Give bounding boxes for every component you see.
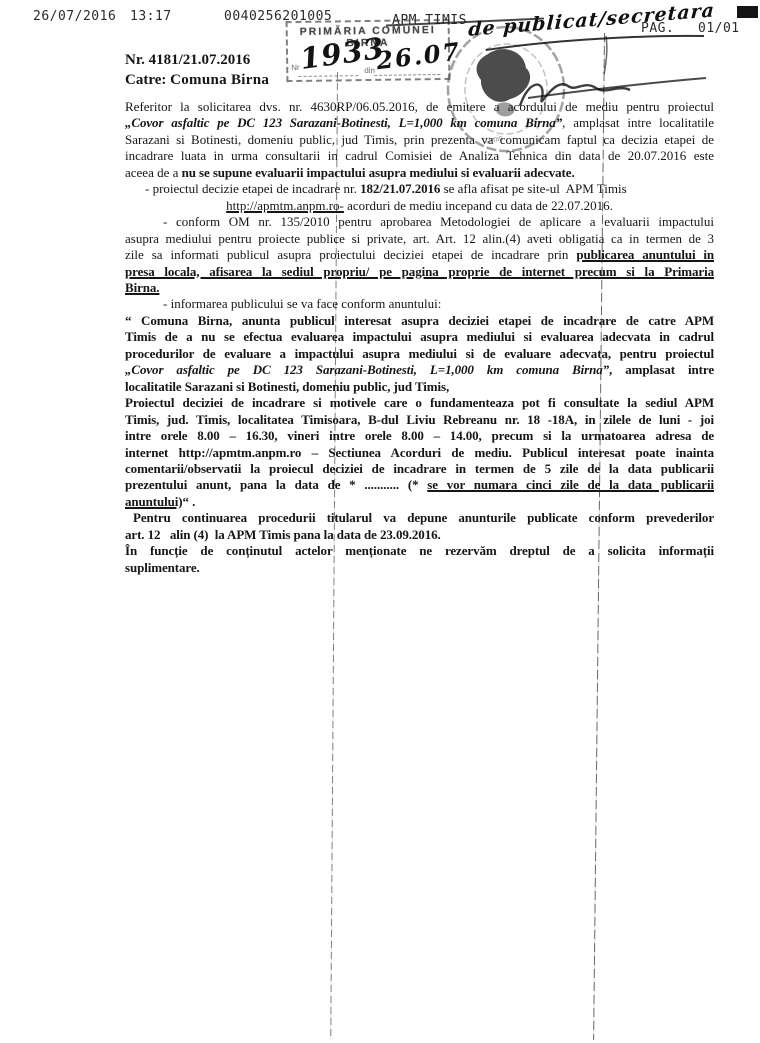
- body-line: - proiectul decizie etapei de incadrare …: [125, 181, 714, 197]
- fax-date: 26/07/2016: [33, 9, 116, 24]
- body-line: „Covor asfaltic pe DC 123 Sarazani-Botin…: [125, 115, 714, 131]
- body-line: „Covor asfaltic pe DC 123 Sarazani-Botin…: [125, 362, 714, 378]
- stamp-din-label: din: [364, 66, 375, 75]
- body-line: presa locala, afisarea la sediul propriu…: [125, 264, 714, 280]
- body-line: http://apmtm.anpm.ro- acorduri de mediu …: [125, 198, 714, 214]
- letter-to-value: Comuna Birna: [170, 72, 269, 88]
- body-line: asupra mediului pentru proiecte publice …: [125, 231, 714, 247]
- body-line: Timis, jud. Timis, localitatea Timisoara…: [125, 412, 714, 428]
- body-line: - informarea publicului se va face confo…: [125, 296, 714, 312]
- body-line: - conform OM nr. 135/2010 pentru aprobar…: [125, 214, 714, 230]
- fax-page: 26/07/2016 13:17 0040256201005 APM TIMIS…: [0, 0, 760, 1043]
- body-line: Proiectul deciziei de incadrare si motiv…: [125, 395, 714, 411]
- body-line: Birna.: [125, 280, 714, 296]
- letter-number: Nr. 4181/21.07.2016: [125, 52, 250, 69]
- body-line: intre orele 8.00 – 16.30, vineri intre o…: [125, 428, 714, 444]
- primaria-stamp: PRIMĂRIA COMUNEI BIRNA Nr 1933 din 26.07: [286, 19, 451, 82]
- body-line: procedurilor de evaluare a impactului as…: [125, 346, 714, 362]
- body-line: prezentului anunt, pana la data de * ...…: [125, 477, 714, 493]
- body-line: anuntului)“ .: [125, 494, 714, 510]
- body-line: localitatile Sarazani si Botinesti, dome…: [125, 379, 714, 395]
- letter-to: Catre: Comuna Birna: [125, 72, 269, 89]
- body-line: suplimentare.: [125, 560, 714, 576]
- stamp-nr-label: Nr: [291, 63, 300, 72]
- body-line: Pentru continuarea procedurii titularul …: [125, 510, 714, 526]
- document-body: Referitor la solicitarea dvs. nr. 4630RP…: [125, 99, 714, 576]
- body-line: zile sa informati publicul asupra proiec…: [125, 247, 714, 263]
- body-line: aceea de a nu se supune evaluarii impact…: [125, 165, 714, 181]
- letter-to-label: Catre:: [125, 72, 170, 88]
- fax-time: 13:17: [130, 9, 172, 24]
- body-line: comentarii/observatii la proiecul decizi…: [125, 461, 714, 477]
- body-line: “ Comuna Birna, anunta publicul interesa…: [125, 313, 714, 329]
- body-line: Timis de a nu se efectua evaluarea impac…: [125, 329, 714, 345]
- body-line: internet http://apmtm.anpm.ro – Sectiune…: [125, 445, 714, 461]
- scan-artifact: [737, 6, 758, 18]
- body-line: incadrare luata in urma consultarii in c…: [125, 148, 714, 164]
- svg-text:. . .: . . .: [448, 59, 459, 71]
- body-line: art. 12 alin (4) la APM Timis pana la da…: [125, 527, 714, 543]
- body-line: În funcție de conținutul actelor mențion…: [125, 543, 714, 559]
- body-line: Referitor la solicitarea dvs. nr. 4630RP…: [125, 99, 714, 115]
- body-line: Sarazani si Botinesti, domeniu public, j…: [125, 132, 714, 148]
